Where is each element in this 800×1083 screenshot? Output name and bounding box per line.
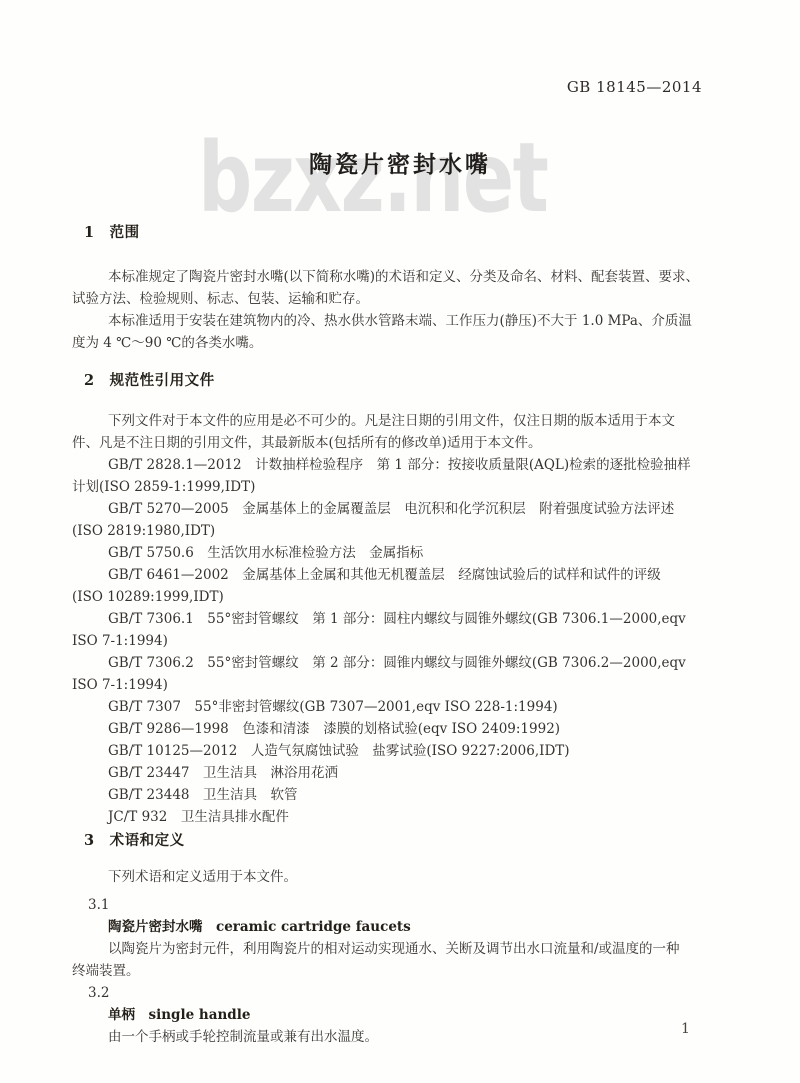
reference-line: GB/T 23448 卫生洁具 软管 <box>72 784 716 806</box>
reference-line: GB/T 9286—1998 色漆和清漆 漆膜的划格试验(eqv ISO 240… <box>72 718 716 740</box>
document-body: 1 范围 本标准规定了陶瓷片密封水嘴(以下简称水嘴)的术语和定义、分类及命名、材… <box>72 214 716 1048</box>
page-number: 1 <box>681 1021 690 1037</box>
reference-line: GB/T 23447 卫生洁具 淋浴用花洒 <box>72 762 716 784</box>
clause-3-1-number: 3.1 <box>72 894 716 916</box>
reference-line: GB/T 6461—2002 金属基体上金属和其他无机覆盖层 经腐蚀试验后的试样… <box>72 564 716 586</box>
section-2-intro-line: 下列文件对于本文件的应用是必不可少的。凡是注日期的引用文件，仅注日期的版本适用于… <box>72 410 716 432</box>
document-title: 陶瓷片密封水嘴 <box>0 146 800 179</box>
reference-line: ISO 7-1:1994) <box>72 630 716 652</box>
clause-3-1-definition-line: 以陶瓷片为密封元件，利用陶瓷片的相对运动实现通水、关断及调节出水口流量和/或温度… <box>72 938 716 960</box>
reference-line: GB/T 2828.1—2012 计数抽样检验程序 第 1 部分：按接收质量限(… <box>72 454 716 476</box>
document-page: bzxz.net GB 18145—2014 陶瓷片密封水嘴 1 范围 本标准规… <box>0 0 800 1083</box>
clause-3-2-term: 单柄 single handle <box>72 1004 716 1026</box>
standard-number: GB 18145—2014 <box>567 78 702 96</box>
reference-line: GB/T 5270—2005 金属基体上的金属覆盖层 电沉积和化学沉积层 附着强… <box>72 498 716 520</box>
section-1-paragraph-line: 本标准适用于安装在建筑物内的冷、热水供水管路末端、工作压力(静压)不大于 1.0… <box>72 310 716 332</box>
section-1-paragraph-line: 试验方法、检验规则、标志、包装、运输和贮存。 <box>72 288 716 310</box>
clause-3-1-definition-line: 终端装置。 <box>72 960 716 982</box>
section-1-paragraph-line: 度为 4 ℃～90 ℃的各类水嘴。 <box>72 332 716 354</box>
clause-3-2-number: 3.2 <box>72 982 716 1004</box>
reference-line: (ISO 2819:1980,IDT) <box>72 520 716 542</box>
reference-line: GB/T 7306.2 55°密封管螺纹 第 2 部分：圆锥内螺纹与圆锥外螺纹(… <box>72 652 716 674</box>
reference-line: (ISO 10289:1999,IDT) <box>72 586 716 608</box>
clause-3-1-term: 陶瓷片密封水嘴 ceramic cartridge faucets <box>72 916 716 938</box>
section-2-heading: 2 规范性引用文件 <box>72 370 716 392</box>
section-2-intro-line: 件、凡是不注日期的引用文件，其最新版本(包括所有的修改单)适用于本文件。 <box>72 432 716 454</box>
section-3-heading: 3 术语和定义 <box>72 830 716 852</box>
reference-line: GB/T 7306.1 55°密封管螺纹 第 1 部分：圆柱内螺纹与圆锥外螺纹(… <box>72 608 716 630</box>
reference-line: 计划(ISO 2859-1:1999,IDT) <box>72 476 716 498</box>
reference-line: ISO 7-1:1994) <box>72 674 716 696</box>
reference-line: GB/T 7307 55°非密封管螺纹(GB 7307—2001,eqv ISO… <box>72 696 716 718</box>
section-1-paragraph-line: 本标准规定了陶瓷片密封水嘴(以下简称水嘴)的术语和定义、分类及命名、材料、配套装… <box>72 266 716 288</box>
section-1-heading: 1 范围 <box>72 222 716 244</box>
reference-line: GB/T 10125—2012 人造气氛腐蚀试验 盐雾试验(ISO 9227:2… <box>72 740 716 762</box>
section-3-intro: 下列术语和定义适用于本文件。 <box>72 866 716 888</box>
clause-3-2-definition-line: 由一个手柄或手轮控制流量或兼有出水温度。 <box>72 1026 716 1048</box>
reference-line: GB/T 5750.6 生活饮用水标准检验方法 金属指标 <box>72 542 716 564</box>
reference-line: JC/T 932 卫生洁具排水配件 <box>72 806 716 828</box>
